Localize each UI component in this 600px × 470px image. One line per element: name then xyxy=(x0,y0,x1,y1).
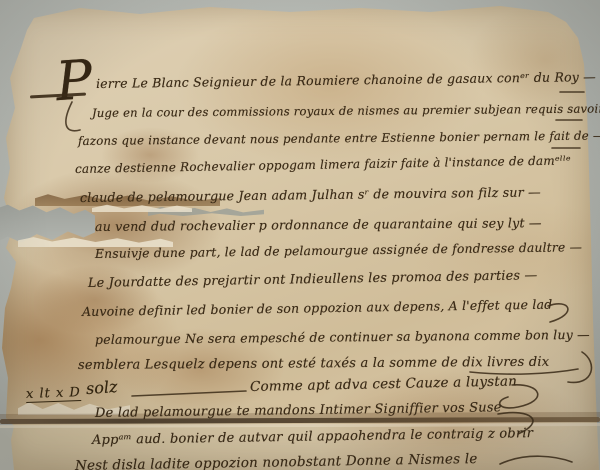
margin-solz-note: solz xyxy=(85,377,118,398)
margin-amount-note: x lt x D xyxy=(26,385,81,403)
decorated-initial: P xyxy=(54,53,94,109)
photo-background: P ierre Le Blanc Seignieur de la Roumier… xyxy=(0,0,600,470)
